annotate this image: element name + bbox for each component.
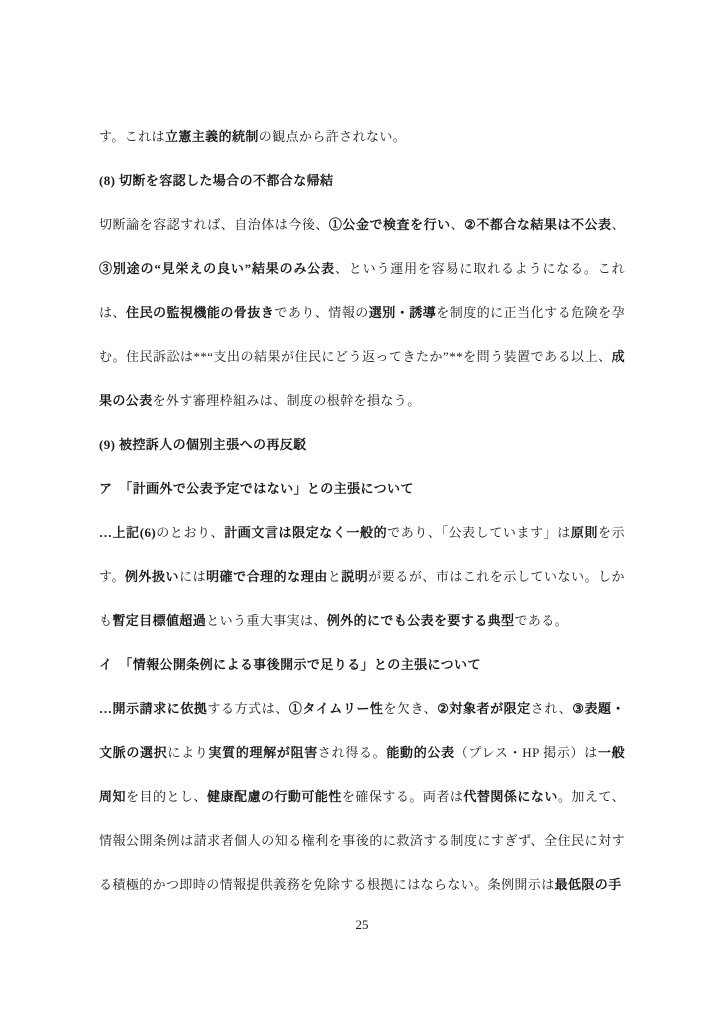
text-run: と xyxy=(328,569,342,584)
text-run: 原則 xyxy=(571,525,598,540)
text-run: の観点から許されない。 xyxy=(259,129,406,144)
text-run: 、 xyxy=(612,217,625,232)
text-run: を外す審理枠組みは、制度の根幹を損なう。 xyxy=(153,393,421,408)
text-run: …開示請求に依拠 xyxy=(99,701,207,716)
text-run: 暫定目標値超過 xyxy=(112,613,206,628)
text-run: 説明 xyxy=(341,569,368,584)
text-run: であり、「公表しています」は xyxy=(387,525,571,540)
text-run: ③別途の“見栄えの良い”結果のみ公表 xyxy=(99,261,335,276)
text-run: という重大事実は、 xyxy=(206,613,327,628)
text-run: を欠き、 xyxy=(384,701,438,716)
text-run: (9) 被控訴人の個別主張への再反駁 xyxy=(99,437,307,452)
text-run: 切断論を容認すれば、自治体は今後、 xyxy=(99,217,329,232)
sub-heading: イ 「情報公開条例による事後開示で足りる」との主張について xyxy=(99,643,625,687)
text-run: 代替関係にない xyxy=(463,789,557,804)
text-run: 実質的理解が阻害 xyxy=(208,745,317,760)
text-run: 計画文言は限定なく一般的 xyxy=(224,525,387,540)
text-run: す。これは xyxy=(99,129,165,144)
text-run: （プレス・HP 掲示）は xyxy=(455,745,598,760)
paragraph: …開示請求に依拠する方式は、①タイムリー性を欠き、②対象者が限定され、③表題・文… xyxy=(99,687,625,907)
text-run: ②対象者が限定 xyxy=(437,701,531,716)
text-run: 明確で合理的な理由 xyxy=(206,569,328,584)
text-run: 最低限の手 xyxy=(555,877,622,892)
sub-heading: ア 「計画外で公表予定ではない」との主張について xyxy=(99,467,625,511)
section-heading: (9) 被控訴人の個別主張への再反駁 xyxy=(99,423,625,467)
text-run: され得る。 xyxy=(318,745,386,760)
text-run: により xyxy=(167,745,208,760)
text-run: ア 「計画外で公表予定ではない」との主張について xyxy=(99,481,414,496)
text-run: 健康配慮の行動可能性 xyxy=(207,789,342,804)
paragraph: す。これは立憲主義的統制の観点から許されない。 xyxy=(99,115,625,159)
text-run: 例外的にでも公表を要する典型 xyxy=(327,613,515,628)
text-run: を目的とし、 xyxy=(126,789,207,804)
text-run: 、 xyxy=(451,217,465,232)
text-run: 能動的公表 xyxy=(386,745,454,760)
text-run: 。加えて、情報公開条例は請求者個人の知る権利を事後的に救済する制度にすぎず、全住… xyxy=(99,789,625,892)
text-run: され、 xyxy=(531,701,572,716)
text-run: 例外扱い xyxy=(125,569,179,584)
text-run: する方式は、 xyxy=(207,701,288,716)
document-page: す。これは立憲主義的統制の観点から許されない。(8) 切断を容認した場合の不都合… xyxy=(0,0,724,1024)
section-heading: (8) 切断を容認した場合の不都合な帰結 xyxy=(99,159,625,203)
paragraph: …上記(6)のとおり、計画文言は限定なく一般的であり、「公表しています」は原則を… xyxy=(99,511,625,643)
text-run: イ 「情報公開条例による事後開示で足りる」との主張について xyxy=(99,657,481,672)
document-content: す。これは立憲主義的統制の観点から許されない。(8) 切断を容認した場合の不都合… xyxy=(0,0,724,907)
text-run: であり、情報の xyxy=(274,305,368,320)
text-run: には xyxy=(179,569,206,584)
text-run: 選別・誘導 xyxy=(369,305,436,320)
page-number: 25 xyxy=(0,917,724,933)
text-run: のとおり、 xyxy=(156,525,224,540)
text-run: ①タイムリー性 xyxy=(289,701,384,716)
paragraph: 切断論を容認すれば、自治体は今後、①公金で検査を行い、②不都合な結果は不公表、③… xyxy=(99,203,625,423)
text-run: ②不都合な結果は不公表 xyxy=(464,217,611,232)
text-run: …上記(6) xyxy=(99,525,156,540)
text-run: である。 xyxy=(514,613,568,628)
text-run: 住民の監視機能の骨抜き xyxy=(126,305,274,320)
text-run: ①公金で検査を行い xyxy=(329,217,451,232)
text-run: 立憲主義的統制 xyxy=(165,129,259,144)
text-run: を確保する。両者は xyxy=(342,789,463,804)
text-run: (8) 切断を容認した場合の不都合な帰結 xyxy=(99,173,333,188)
